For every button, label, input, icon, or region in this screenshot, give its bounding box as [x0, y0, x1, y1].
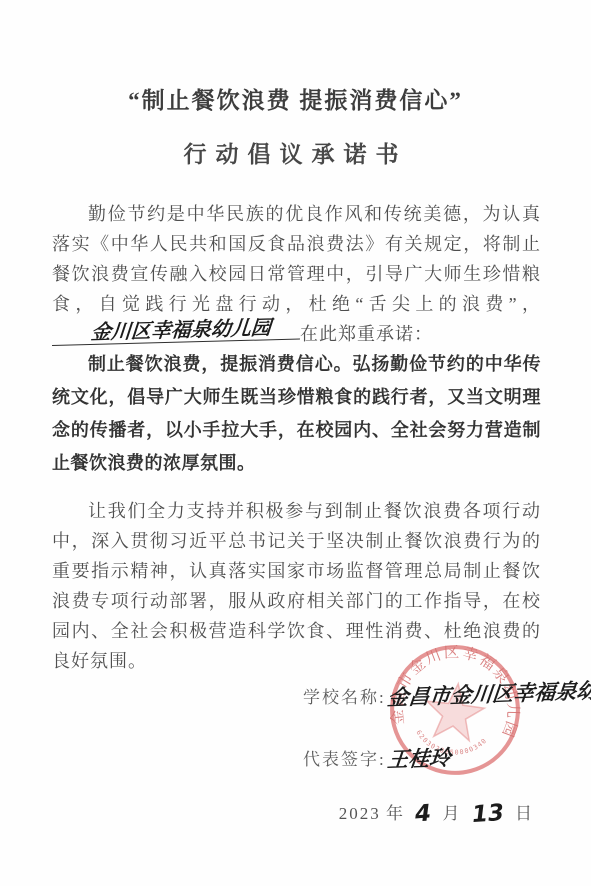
handwritten-date-day: 13: [471, 800, 505, 828]
handwritten-date-month: 4: [414, 800, 432, 827]
date-day-unit: 日: [515, 804, 533, 823]
paragraph-pledge-bold: 制止餐饮浪费，提振消费信心。弘扬勤俭节约的中华传统文化，倡导广大师生既当珍惜粮食…: [52, 348, 541, 480]
date-year-unit: 年: [386, 804, 404, 823]
representative-signature-line: 代表签字:王桂玲: [303, 744, 449, 774]
representative-signature-label: 代表签字:: [303, 750, 386, 769]
date-year: 2023: [339, 804, 381, 823]
school-name-label: 学校名称:: [303, 688, 386, 707]
scanned-pledge-document: “制止餐饮浪费 提振消费信心” 行动倡议承诺书 勤俭节约是中华民族的优良作风和传…: [0, 0, 591, 886]
paragraph-intro: 勤俭节约是中华民族的优良作风和传统美德，为认真落实《中华人民共和国反食品浪费法》…: [52, 199, 541, 349]
paragraph-pledge-text: 制止餐饮浪费，提振消费信心。弘扬勤俭节约的中华传统文化，倡导广大师生既当珍惜粮食…: [52, 348, 541, 480]
document-title-line2: 行动倡议承诺书: [0, 136, 591, 169]
handwritten-representative-signature: 王桂玲: [386, 742, 452, 774]
paragraph-intro-text: 勤俭节约是中华民族的优良作风和传统美德，为认真落实《中华人民共和国反食品浪费法》…: [52, 204, 541, 314]
document-title-line1: “制止餐饮浪费 提振消费信心”: [0, 82, 591, 115]
date-line: 2023 年 4 月 13 日: [339, 799, 533, 827]
handwritten-school-name-blank: 金川区幸福泉幼儿园: [52, 315, 302, 346]
school-name-line: 学校名称:金昌市金川区幸福泉幼儿园: [303, 682, 591, 712]
date-month-unit: 月: [442, 804, 460, 823]
paragraph-intro-tail: 在此郑重承诺：: [300, 324, 433, 344]
